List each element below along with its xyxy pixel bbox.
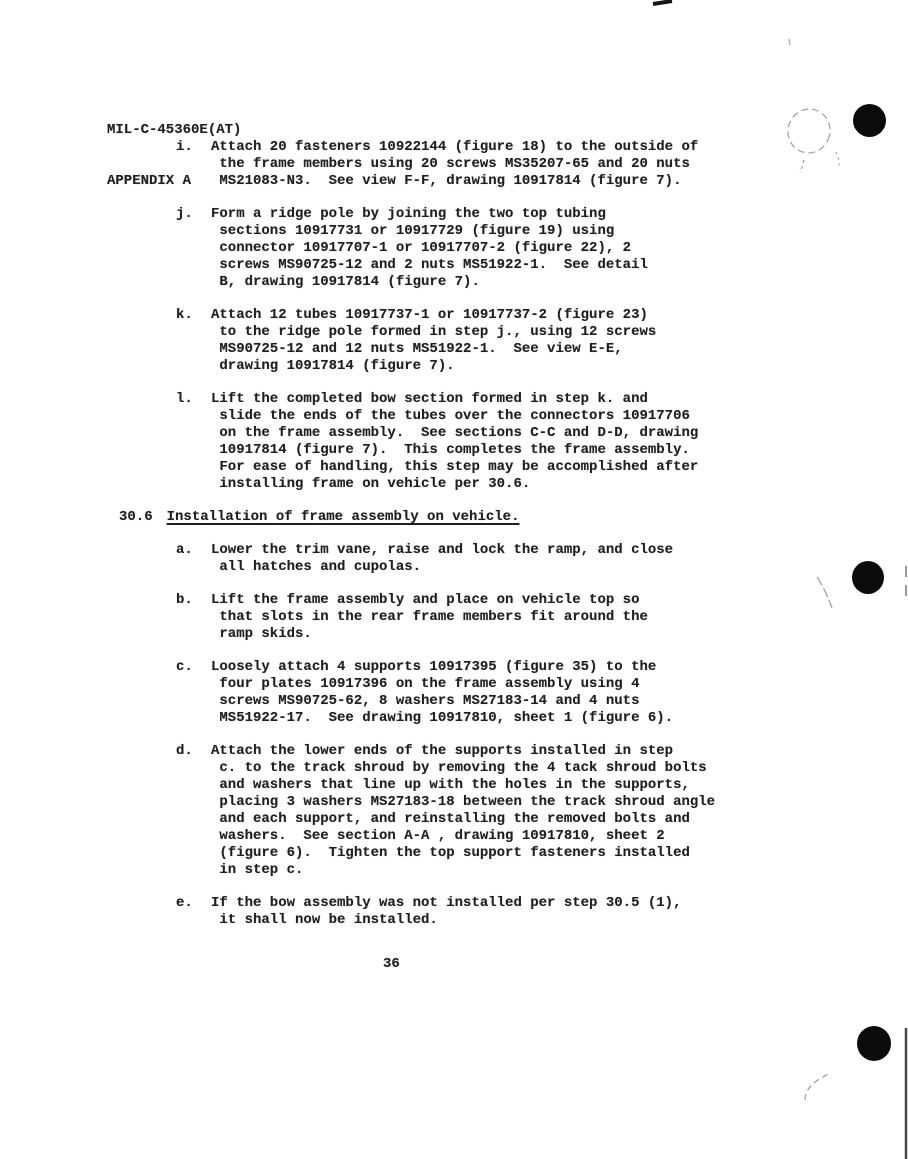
list-item-text: Attach 12 tubes 10917737-1 or 10917737-2… — [211, 307, 656, 375]
list-item: l.Lift the completed bow section formed … — [176, 391, 779, 493]
section-number: 30.6 — [119, 509, 153, 526]
list-item: b.Lift the frame assembly and place on v… — [176, 592, 779, 643]
binding-hole-mark — [852, 561, 884, 594]
page-number: 36 — [383, 956, 400, 973]
section-title: Installation of frame assembly on vehicl… — [167, 509, 520, 526]
list-item-letter: e. — [176, 895, 211, 929]
list-item-text: Lift the completed bow section formed in… — [211, 391, 698, 493]
document-body: i.Attach 20 fasteners 10922144 (figure 1… — [119, 139, 779, 945]
list-item-letter: a. — [176, 542, 211, 576]
list-item: k.Attach 12 tubes 10917737-1 or 10917737… — [176, 307, 779, 375]
pencil-stroke-mark — [817, 577, 832, 608]
pencil-scribble-circle — [783, 105, 839, 172]
binding-hole-mark — [857, 1026, 891, 1061]
list-item-text: Lower the trim vane, raise and lock the … — [211, 542, 673, 576]
list-item: d.Attach the lower ends of the supports … — [176, 743, 779, 879]
list-item-letter: d. — [176, 743, 211, 879]
list-item-letter: c. — [176, 659, 211, 727]
list-item-text: If the bow assembly was not installed pe… — [211, 895, 681, 929]
list-item: c.Loosely attach 4 supports 10917395 (fi… — [176, 659, 779, 727]
list-item: i.Attach 20 fasteners 10922144 (figure 1… — [176, 139, 779, 190]
binding-hole-mark — [853, 104, 886, 137]
top-edge-dash — [653, 1, 672, 4]
list-item-letter: k. — [176, 307, 211, 375]
spec-number: MIL-C-45360E(AT) — [107, 122, 241, 139]
list-item-letter: b. — [176, 592, 211, 643]
list-item-text: Attach the lower ends of the supports in… — [211, 743, 715, 879]
list-item-text: Form a ridge pole by joining the two top… — [211, 206, 648, 291]
list-item-text: Attach 20 fasteners 10922144 (figure 18)… — [211, 139, 698, 190]
list-item-letter: i. — [176, 139, 211, 190]
ordered-list-top: i.Attach 20 fasteners 10922144 (figure 1… — [119, 139, 779, 493]
list-item-text: Loosely attach 4 supports 10917395 (figu… — [211, 659, 673, 727]
list-item-text: Lift the frame assembly and place on veh… — [211, 592, 648, 643]
scanned-document-page: { "colors": { "ink": "#1f1f1f", "paper":… — [0, 0, 908, 1159]
section-heading: 30.6 Installation of frame assembly on v… — [119, 509, 779, 526]
pencil-hook-mark — [805, 1073, 831, 1100]
list-item: a.Lower the trim vane, raise and lock th… — [176, 542, 779, 576]
list-item-letter: j. — [176, 206, 211, 291]
list-item: e.If the bow assembly was not installed … — [176, 895, 779, 929]
ordered-list-bottom: a.Lower the trim vane, raise and lock th… — [119, 542, 779, 929]
list-item: j.Form a ridge pole by joining the two t… — [176, 206, 779, 291]
list-item-letter: l. — [176, 391, 211, 493]
faint-tick-mark — [789, 39, 790, 45]
